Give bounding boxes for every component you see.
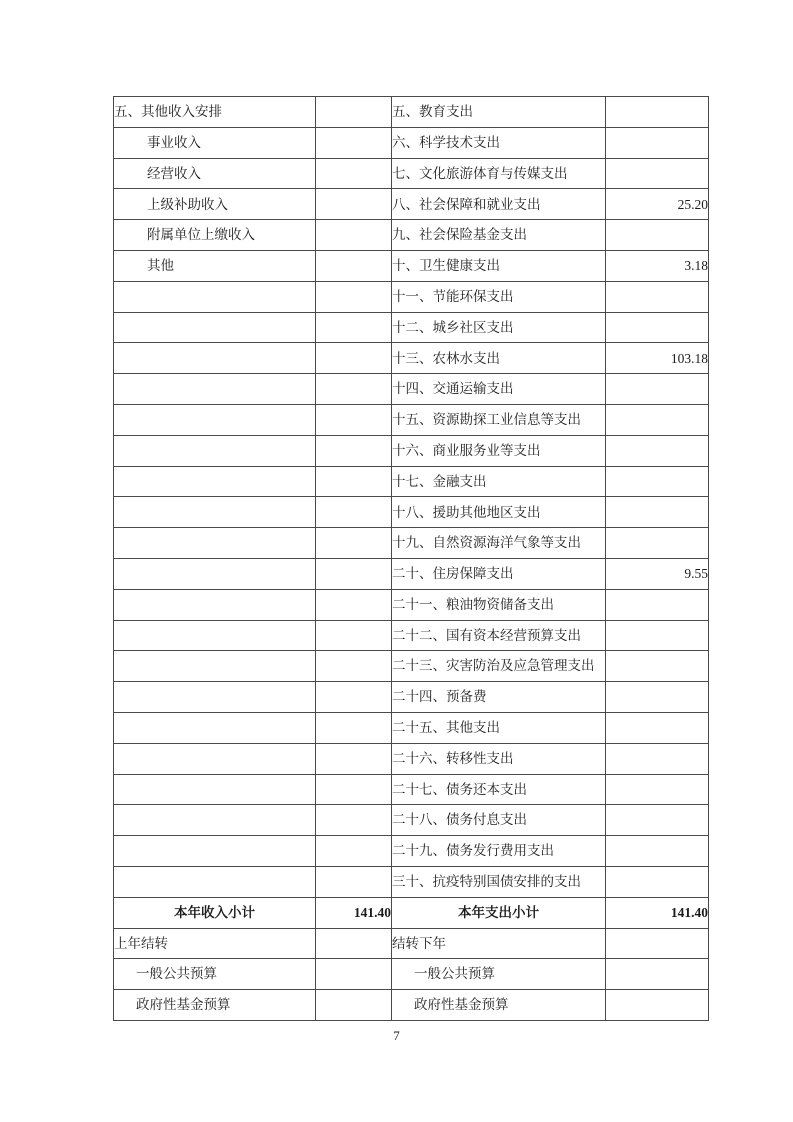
budget-table: 五、其他收入安排五、教育支出事业收入六、科学技术支出经营收入七、文化旅游体育与传… xyxy=(113,96,709,1021)
table-row: 附属单位上缴收入九、社会保险基金支出 xyxy=(114,220,709,251)
income-item-cell xyxy=(114,651,316,682)
page-number: 7 xyxy=(0,1028,793,1044)
expense-amount-cell: 25.20 xyxy=(606,189,709,220)
expense-item-cell: 二十六、转移性支出 xyxy=(392,743,606,774)
income-amount-cell xyxy=(316,836,392,867)
income-item-cell xyxy=(114,281,316,312)
table-row: 二十六、转移性支出 xyxy=(114,743,709,774)
table-row: 三十、抗疫特别国债安排的支出 xyxy=(114,866,709,897)
expense-item-cell: 五、教育支出 xyxy=(392,97,606,128)
expense-item-cell: 三十、抗疫特别国债安排的支出 xyxy=(392,866,606,897)
income-amount-cell xyxy=(316,743,392,774)
income-amount-cell xyxy=(316,558,392,589)
expense-amount-cell xyxy=(606,959,709,990)
expense-amount-cell xyxy=(606,620,709,651)
expense-item-cell: 本年支出小计 xyxy=(392,897,606,928)
expense-amount-cell xyxy=(606,404,709,435)
expense-item-cell: 二十、住房保障支出 xyxy=(392,558,606,589)
expense-amount-cell xyxy=(606,435,709,466)
income-item-cell: 本年收入小计 xyxy=(114,897,316,928)
expense-item-cell: 十、卫生健康支出 xyxy=(392,250,606,281)
expense-item-cell: 一般公共预算 xyxy=(392,959,606,990)
expense-amount-cell xyxy=(606,928,709,959)
income-item-cell: 经营收入 xyxy=(114,158,316,189)
expense-item-cell: 二十四、预备费 xyxy=(392,682,606,713)
income-item-cell xyxy=(114,620,316,651)
income-item-cell: 附属单位上缴收入 xyxy=(114,220,316,251)
expense-item-cell: 十六、商业服务业等支出 xyxy=(392,435,606,466)
income-item-cell xyxy=(114,774,316,805)
expense-amount-cell: 141.40 xyxy=(606,897,709,928)
expense-item-cell: 七、文化旅游体育与传媒支出 xyxy=(392,158,606,189)
income-amount-cell xyxy=(316,127,392,158)
expense-item-cell: 八、社会保障和就业支出 xyxy=(392,189,606,220)
income-amount-cell xyxy=(316,990,392,1021)
expense-amount-cell xyxy=(606,158,709,189)
expense-item-cell: 二十九、债务发行费用支出 xyxy=(392,836,606,867)
expense-amount-cell xyxy=(606,651,709,682)
income-item-cell xyxy=(114,343,316,374)
expense-amount-cell xyxy=(606,712,709,743)
income-amount-cell xyxy=(316,805,392,836)
expense-amount-cell: 103.18 xyxy=(606,343,709,374)
table-row: 二十四、预备费 xyxy=(114,682,709,713)
table-row: 二十二、国有资本经营预算支出 xyxy=(114,620,709,651)
table-row: 一般公共预算一般公共预算 xyxy=(114,959,709,990)
expense-item-cell: 六、科学技术支出 xyxy=(392,127,606,158)
income-item-cell: 上级补助收入 xyxy=(114,189,316,220)
expense-item-cell: 十七、金融支出 xyxy=(392,466,606,497)
income-item-cell xyxy=(114,836,316,867)
income-amount-cell xyxy=(316,528,392,559)
table-row: 二十八、债务付息支出 xyxy=(114,805,709,836)
income-item-cell: 事业收入 xyxy=(114,127,316,158)
expense-amount-cell xyxy=(606,682,709,713)
table-row: 五、其他收入安排五、教育支出 xyxy=(114,97,709,128)
expense-amount-cell xyxy=(606,97,709,128)
expense-amount-cell xyxy=(606,528,709,559)
expense-item-cell: 十二、城乡社区支出 xyxy=(392,312,606,343)
table-row: 事业收入六、科学技术支出 xyxy=(114,127,709,158)
income-amount-cell xyxy=(316,928,392,959)
income-amount-cell xyxy=(316,281,392,312)
income-item-cell xyxy=(114,743,316,774)
table-row: 上级补助收入八、社会保障和就业支出25.20 xyxy=(114,189,709,220)
table-row: 十三、农林水支出103.18 xyxy=(114,343,709,374)
table-row: 十五、资源勘探工业信息等支出 xyxy=(114,404,709,435)
table-row: 其他十、卫生健康支出3.18 xyxy=(114,250,709,281)
income-amount-cell xyxy=(316,682,392,713)
income-amount-cell xyxy=(316,158,392,189)
expense-amount-cell xyxy=(606,374,709,405)
income-item-cell xyxy=(114,682,316,713)
income-item-cell xyxy=(114,558,316,589)
document-page: 五、其他收入安排五、教育支出事业收入六、科学技术支出经营收入七、文化旅游体育与传… xyxy=(0,0,793,1122)
table-row: 经营收入七、文化旅游体育与传媒支出 xyxy=(114,158,709,189)
income-item-cell: 五、其他收入安排 xyxy=(114,97,316,128)
table-row: 十一、节能环保支出 xyxy=(114,281,709,312)
income-item-cell: 一般公共预算 xyxy=(114,959,316,990)
income-amount-cell xyxy=(316,620,392,651)
income-item-cell xyxy=(114,435,316,466)
income-item-cell: 其他 xyxy=(114,250,316,281)
income-amount-cell xyxy=(316,959,392,990)
income-amount-cell xyxy=(316,866,392,897)
table-row: 二十一、粮油物资储备支出 xyxy=(114,589,709,620)
income-amount-cell xyxy=(316,374,392,405)
table-row: 二十三、灾害防治及应急管理支出 xyxy=(114,651,709,682)
table-row: 十二、城乡社区支出 xyxy=(114,312,709,343)
expense-item-cell: 二十三、灾害防治及应急管理支出 xyxy=(392,651,606,682)
income-item-cell xyxy=(114,528,316,559)
income-amount-cell xyxy=(316,589,392,620)
expense-amount-cell: 3.18 xyxy=(606,250,709,281)
expense-amount-cell xyxy=(606,805,709,836)
expense-amount-cell xyxy=(606,127,709,158)
budget-table-body: 五、其他收入安排五、教育支出事业收入六、科学技术支出经营收入七、文化旅游体育与传… xyxy=(114,97,709,1021)
expense-amount-cell xyxy=(606,836,709,867)
expense-amount-cell xyxy=(606,743,709,774)
expense-amount-cell: 9.55 xyxy=(606,558,709,589)
expense-item-cell: 二十一、粮油物资储备支出 xyxy=(392,589,606,620)
income-amount-cell xyxy=(316,250,392,281)
income-item-cell xyxy=(114,805,316,836)
income-amount-cell xyxy=(316,774,392,805)
expense-item-cell: 政府性基金预算 xyxy=(392,990,606,1021)
income-item-cell: 上年结转 xyxy=(114,928,316,959)
expense-item-cell: 二十五、其他支出 xyxy=(392,712,606,743)
expense-amount-cell xyxy=(606,281,709,312)
expense-amount-cell xyxy=(606,220,709,251)
expense-amount-cell xyxy=(606,990,709,1021)
table-row: 二十五、其他支出 xyxy=(114,712,709,743)
table-row: 十七、金融支出 xyxy=(114,466,709,497)
table-row: 政府性基金预算政府性基金预算 xyxy=(114,990,709,1021)
expense-amount-cell xyxy=(606,497,709,528)
income-item-cell xyxy=(114,589,316,620)
table-row: 十九、自然资源海洋气象等支出 xyxy=(114,528,709,559)
table-row: 二十、住房保障支出9.55 xyxy=(114,558,709,589)
income-item-cell xyxy=(114,712,316,743)
expense-item-cell: 十九、自然资源海洋气象等支出 xyxy=(392,528,606,559)
income-amount-cell xyxy=(316,712,392,743)
expense-item-cell: 十五、资源勘探工业信息等支出 xyxy=(392,404,606,435)
income-item-cell xyxy=(114,497,316,528)
table-row: 十八、援助其他地区支出 xyxy=(114,497,709,528)
expense-amount-cell xyxy=(606,589,709,620)
income-amount-cell xyxy=(316,466,392,497)
income-amount-cell xyxy=(316,97,392,128)
table-row: 二十七、债务还本支出 xyxy=(114,774,709,805)
expense-amount-cell xyxy=(606,866,709,897)
expense-item-cell: 结转下年 xyxy=(392,928,606,959)
expense-item-cell: 九、社会保险基金支出 xyxy=(392,220,606,251)
expense-amount-cell xyxy=(606,774,709,805)
expense-amount-cell xyxy=(606,312,709,343)
expense-item-cell: 二十二、国有资本经营预算支出 xyxy=(392,620,606,651)
income-amount-cell xyxy=(316,220,392,251)
income-amount-cell xyxy=(316,497,392,528)
income-item-cell xyxy=(114,312,316,343)
income-amount-cell xyxy=(316,312,392,343)
income-item-cell xyxy=(114,374,316,405)
expense-item-cell: 十一、节能环保支出 xyxy=(392,281,606,312)
income-item-cell xyxy=(114,404,316,435)
expense-item-cell: 十四、交通运输支出 xyxy=(392,374,606,405)
income-item-cell xyxy=(114,866,316,897)
income-amount-cell xyxy=(316,404,392,435)
income-amount-cell xyxy=(316,189,392,220)
expense-item-cell: 二十八、债务付息支出 xyxy=(392,805,606,836)
income-amount-cell xyxy=(316,651,392,682)
income-item-cell xyxy=(114,466,316,497)
income-amount-cell: 141.40 xyxy=(316,897,392,928)
table-row: 十六、商业服务业等支出 xyxy=(114,435,709,466)
income-item-cell: 政府性基金预算 xyxy=(114,990,316,1021)
expense-item-cell: 二十七、债务还本支出 xyxy=(392,774,606,805)
expense-amount-cell xyxy=(606,466,709,497)
table-row: 上年结转结转下年 xyxy=(114,928,709,959)
income-amount-cell xyxy=(316,343,392,374)
table-row: 十四、交通运输支出 xyxy=(114,374,709,405)
table-row: 二十九、债务发行费用支出 xyxy=(114,836,709,867)
expense-item-cell: 十八、援助其他地区支出 xyxy=(392,497,606,528)
table-row: 本年收入小计141.40本年支出小计141.40 xyxy=(114,897,709,928)
income-amount-cell xyxy=(316,435,392,466)
expense-item-cell: 十三、农林水支出 xyxy=(392,343,606,374)
